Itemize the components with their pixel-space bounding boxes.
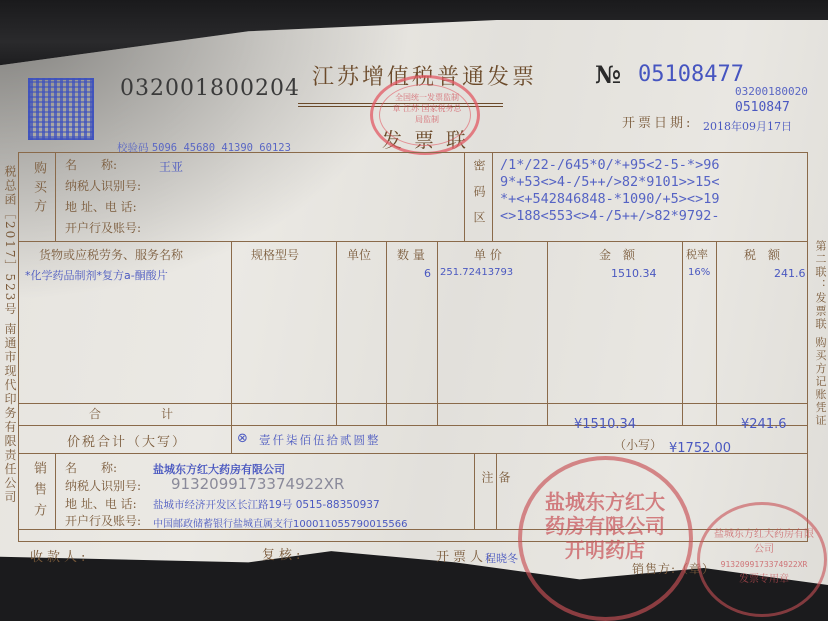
divider xyxy=(55,453,56,529)
column-header-unit: 单位 xyxy=(347,246,371,263)
divider xyxy=(464,153,465,241)
left-margin-text: 税总函［2017］523号 南通市现代印务有限责任公司 xyxy=(2,165,19,504)
divider xyxy=(19,403,807,404)
cipher-line: <>188<553<>4-/5++/>82*9792- xyxy=(500,208,719,225)
date-value: 2018年09月17日 xyxy=(703,118,792,134)
item-tax: 241.6 xyxy=(774,267,806,280)
column-header-amount: 金 额 xyxy=(599,246,635,263)
payee-label: 收款人: xyxy=(30,546,89,565)
seller-store-stamp-text: 盐城东方红大药房有限公司 开明药店 xyxy=(545,490,665,562)
column-header-unit-price: 单 价 xyxy=(474,246,502,263)
item-amount: 1510.34 xyxy=(611,267,657,280)
grand-total-upper-label: 价税合计（大写） xyxy=(67,431,187,450)
number-mark: № xyxy=(595,60,621,89)
cipher-line: 9*+53<>4-/5++/>82*9101>>15< xyxy=(500,174,719,191)
column-header-spec: 规格型号 xyxy=(251,246,299,263)
seller-bank-value: 中国邮政储蓄银行盐城直属支行100011055790015566 xyxy=(153,515,408,530)
seller-tax-id-label: 纳税人识别号: xyxy=(65,477,141,494)
invoice-seal-id: 91320991733749​22XR xyxy=(712,557,816,572)
divider xyxy=(716,241,717,425)
grand-total-upper-value: 壹仟柒佰伍拾贰圆整 xyxy=(259,432,381,448)
invoice-code: 032001800204 xyxy=(120,76,300,101)
item-unit-price: 251.72413793 xyxy=(440,267,513,278)
column-header-tax: 税 额 xyxy=(744,246,780,263)
supervision-stamp-text: 全国统一发票监制章 江苏 国家税务总局监制 xyxy=(392,92,462,125)
column-header-quantity: 数 量 xyxy=(397,246,425,263)
right-margin-text: 第二联：发票联 购买方记账凭证 xyxy=(812,240,828,428)
seller-section-label: 销售方 xyxy=(29,461,48,524)
seller-name-label: 名 称: xyxy=(65,459,117,476)
issuer-value: 程晓冬 xyxy=(485,550,518,566)
divider xyxy=(19,425,807,426)
divider xyxy=(437,241,438,425)
buyer-section-label: 购买方 xyxy=(29,161,48,218)
invoice-seal-company: 盐城东方红大药房有限公司 xyxy=(712,527,816,557)
total-amount: ¥1510.34 xyxy=(574,417,636,432)
buyer-address-label: 地 址、电 话: xyxy=(65,198,137,215)
divider xyxy=(474,453,475,529)
qr-code xyxy=(28,78,94,140)
seller-address-label: 地 址、电 话: xyxy=(65,495,137,512)
seller-bank-label: 开户行及账号: xyxy=(65,512,141,529)
divider xyxy=(19,241,807,242)
divider xyxy=(386,241,387,425)
circle-x-icon: ⊗ xyxy=(237,431,248,446)
buyer-bank-label: 开户行及账号: xyxy=(65,219,141,236)
cipher-area: /1*/22-/645*0/*+95<2-5-*>96 9*+53<>4-/5+… xyxy=(500,157,719,225)
item-name: *化学药品制剂*复方a-酮酸片 xyxy=(25,267,168,283)
seller-tax-id-value: 91320991733749​22XR xyxy=(171,475,344,493)
divider xyxy=(492,153,493,241)
cipher-line: *+<+542846848-*1090/+5><>19 xyxy=(500,191,719,208)
reviewer-label: 复核: xyxy=(262,544,304,563)
seller-address-value: 盐城市经济开发区长江路19号 0515-88350937 xyxy=(153,497,380,512)
remarks-label: 备注 xyxy=(479,471,513,541)
cipher-line: /1*/22-/645*0/*+95<2-5-*>96 xyxy=(500,157,719,174)
divider xyxy=(682,241,683,425)
printed-code: 03200180020 xyxy=(735,85,808,98)
total-tax: ¥241.6 xyxy=(741,417,787,432)
divider xyxy=(231,241,232,425)
invoice-seal-stamp-text: 盐城东方红大药房有限公司 91320991733749​22XR 发票专用章 xyxy=(712,527,816,587)
buyer-name-label: 名 称: xyxy=(65,156,117,173)
divider xyxy=(336,241,337,425)
divider xyxy=(231,403,232,453)
buyer-tax-id-label: 纳税人识别号: xyxy=(65,177,141,194)
column-header-tax-rate: 税率 xyxy=(686,246,708,262)
grand-total-lower-value: ¥1752.00 xyxy=(669,441,731,456)
divider xyxy=(55,153,56,241)
total-label: 合 计 xyxy=(89,405,179,422)
date-label: 开票日期: xyxy=(622,112,693,131)
divider xyxy=(547,241,548,425)
cipher-area-label: 密码区 xyxy=(471,159,488,237)
invoice-seal-bottom: 发票专用章 xyxy=(712,572,816,587)
invoice-number: 05108477 xyxy=(638,62,744,87)
grand-total-lower-label: （小写） xyxy=(614,436,662,453)
column-header-name: 货物或应税劳务、服务名称 xyxy=(39,246,183,263)
buyer-name-value: 王亚 xyxy=(159,158,183,175)
item-quantity: 6 xyxy=(424,267,431,280)
printed-number: 0510847 xyxy=(735,100,790,115)
item-tax-rate: 16% xyxy=(688,267,710,278)
